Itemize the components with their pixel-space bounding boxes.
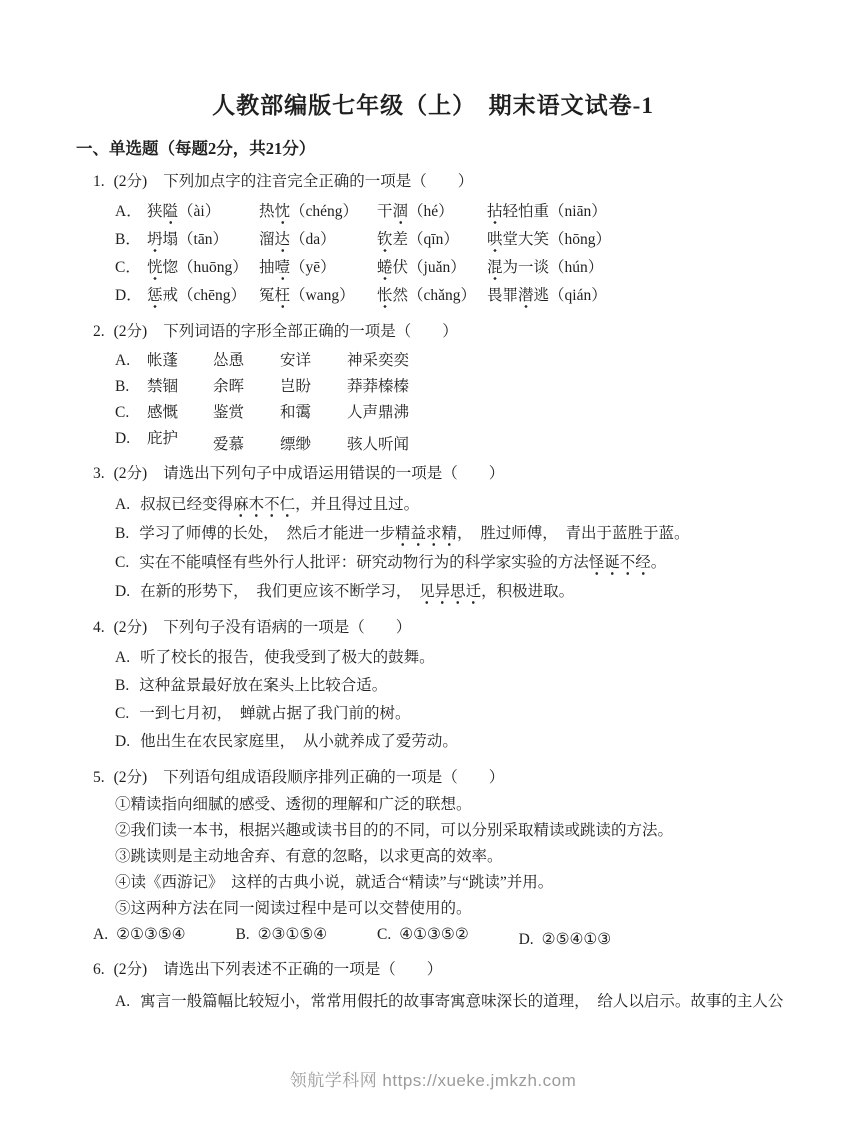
word: 缥缈 — [280, 432, 347, 458]
option-row-b: B. 禁锢 余晖 岂盼 莽莽榛榛 — [115, 374, 866, 400]
text-segment: ， 胜过师傅， 青出于蓝胜于蓝。 — [457, 525, 690, 542]
option-label: B. — [115, 374, 147, 400]
option-label: A. — [115, 496, 130, 513]
question-1-options: A． 狭隘（ài） 热忱（chéng） 干涸（hé） 拈轻怕重（niān） B．… — [115, 198, 866, 310]
text-segment: （hé） — [408, 203, 454, 220]
option-label: A. — [115, 649, 130, 666]
option-label: C. — [115, 705, 129, 722]
word: 禁锢 — [147, 374, 213, 400]
answer-sequence: ②⑤④①③ — [542, 931, 611, 948]
text-segment: 畏罪 — [487, 287, 518, 304]
text-segment: 戒（chēng） — [163, 287, 247, 304]
option-row-d: D.他出生在农民家庭里， 从小就养成了爱劳动。 — [115, 728, 866, 756]
dotted-text: 坍 — [147, 231, 163, 252]
option-row-c: C． 恍惚（huōng） 抽噎（yē） 蜷伏（juǎn） 混为一谈（hún） — [115, 254, 866, 282]
text-segment: 寓言一般篇幅比较短小，常常用假托的故事寄寓意味深长的道理， 给人以启示。故事的主… — [140, 993, 783, 1010]
dotted-text: 怅 — [377, 287, 393, 308]
dotted-text: 噎 — [275, 259, 291, 280]
question-stem-text: 请选出下列句子中成语运用错误的一项是（ ） — [163, 465, 504, 482]
word: 溜达（da） — [259, 226, 377, 254]
numbered-sentence: ④读《西游记》 这样的古典小说，就适合“精读”与“跳读”并用。 — [115, 870, 866, 896]
text-segment: 然（chǎng） — [393, 287, 477, 304]
option-row-a: A． 狭隘（ài） 热忱（chéng） 干涸（hé） 拈轻怕重（niān） — [115, 198, 866, 226]
answer-choice-d: D.②⑤④①③ — [519, 927, 612, 953]
word: 鉴赏 — [213, 400, 280, 426]
question-6: 6.(2分)请选出下列表述不正确的一项是（ ） A.寓言一般篇幅比较短小，常常用… — [0, 958, 866, 1016]
word: 蜷伏（juǎn） — [377, 254, 487, 282]
question-points: (2分) — [114, 465, 148, 482]
text-segment: 在新的形势下， 我们更应该不断学习， — [140, 583, 419, 600]
question-2-stem: 2.(2分)下列词语的字形全部正确的一项是（ ） — [93, 320, 866, 344]
word: 干涸（hé） — [377, 198, 487, 226]
text-segment: 抽 — [259, 259, 275, 276]
option-label: D． — [115, 282, 147, 310]
word: 神采奕奕 — [347, 348, 866, 374]
question-stem-text: 下列词语的字形全部正确的一项是（ ） — [163, 323, 458, 340]
text-segment: 他出生在农民家庭里， 从小就养成了爱劳动。 — [140, 733, 458, 750]
word: 抽噎（yē） — [259, 254, 377, 282]
question-4: 4.(2分)下列句子没有语病的一项是（ ） A.听了校长的报告，使我受到了极大的… — [0, 616, 866, 756]
dotted-text: 钦 — [377, 231, 393, 252]
text-segment: 轻怕重（niān） — [503, 203, 607, 220]
text-segment: 伏（juǎn） — [393, 259, 466, 276]
option-row-b: B.这种盆景最好放在案头上比较合适。 — [115, 672, 866, 700]
word: 骇人听闻 — [347, 432, 866, 458]
word: 热忱（chéng） — [259, 198, 377, 226]
word: 哄堂大笑（hōng） — [487, 226, 866, 254]
word: 惩戒（chēng） — [147, 282, 259, 310]
question-points: (2分) — [114, 619, 148, 636]
dotted-text: 潜 — [518, 287, 534, 308]
word: 安详 — [280, 348, 347, 374]
word: 岂盼 — [280, 374, 347, 400]
option-label: A. — [115, 348, 147, 374]
word: 庇护 — [147, 426, 213, 452]
option-label: A． — [115, 198, 147, 226]
numbered-sentence: ③跳读则是主动地舍弃、有意的忽略，以求更高的效率。 — [115, 844, 866, 870]
question-points: (2分) — [114, 173, 148, 190]
word: 混为一谈（hún） — [487, 254, 866, 282]
question-number: 2. — [93, 323, 105, 340]
text-segment: 叔叔已经变得 — [140, 496, 233, 513]
dotted-text: 怪诞不经 — [589, 554, 651, 575]
question-3-options: A.叔叔已经变得麻木不仁，并且得过且过。 B.学习了师傅的长处， 然后才能进一步… — [115, 490, 866, 606]
text-segment: 干 — [377, 203, 393, 220]
text-segment: 堂大笑（hōng） — [503, 231, 612, 248]
option-row-a: A.寓言一般篇幅比较短小，常常用假托的故事寄寓意味深长的道理， 给人以启示。故事… — [115, 988, 866, 1016]
text-segment: 差（qīn） — [393, 231, 459, 248]
answer-sequence: ②①③⑤④ — [116, 926, 185, 943]
text-segment: 一到七月初， 蝉就占据了我门前的树。 — [139, 705, 410, 722]
question-number: 6. — [93, 961, 105, 978]
text-segment: ，积极进取。 — [481, 583, 574, 600]
option-label: C． — [115, 254, 147, 282]
question-points: (2分) — [114, 961, 148, 978]
text-segment: 热 — [259, 203, 275, 220]
dotted-text: 麻木不仁 — [233, 496, 295, 517]
text-segment: 狭 — [147, 203, 163, 220]
question-1-stem: 1.(2分)下列加点字的注音完全正确的一项是（ ） — [93, 170, 866, 194]
option-row-d: D. 庇护 爱慕 缥缈 骇人听闻 — [115, 426, 866, 452]
option-label: B. — [115, 677, 129, 694]
question-4-stem: 4.(2分)下列句子没有语病的一项是（ ） — [93, 616, 866, 640]
option-label: D. — [115, 583, 130, 600]
text-segment: （wang） — [290, 287, 355, 304]
word: 坍塌（tān） — [147, 226, 259, 254]
dotted-text: 见异思迁 — [419, 583, 481, 604]
option-row-a: A.叔叔已经变得麻木不仁，并且得过且过。 — [115, 490, 866, 519]
answer-sequence: ②③①⑤④ — [258, 926, 327, 943]
dotted-text: 忱 — [275, 203, 291, 224]
text-segment: 为一谈（hún） — [503, 259, 604, 276]
dotted-text: 涸 — [393, 203, 409, 224]
dotted-text: 精益求精 — [395, 525, 457, 546]
text-segment: ，并且得过且过。 — [295, 496, 419, 513]
word: 冤枉（wang） — [259, 282, 377, 310]
dotted-text: 达 — [275, 231, 291, 252]
option-label: C. — [115, 554, 129, 571]
watermark-footer: 领航学科网 https://xueke.jmkzh.com — [0, 1066, 866, 1091]
option-row-b: B.学习了师傅的长处， 然后才能进一步精益求精， 胜过师傅， 青出于蓝胜于蓝。 — [115, 519, 866, 548]
question-3-stem: 3.(2分)请选出下列句子中成语运用错误的一项是（ ） — [93, 462, 866, 486]
word: 拈轻怕重（niān） — [487, 198, 866, 226]
answer-choice-c: C.④①③⑤② — [377, 926, 469, 943]
numbered-sentence: ②我们读一本书，根据兴趣或读书目的的不同，可以分别采取精读或跳读的方法。 — [115, 818, 866, 844]
text-segment: 逃（qián） — [534, 287, 607, 304]
question-points: (2分) — [114, 323, 148, 340]
dotted-text: 隘 — [163, 203, 179, 224]
question-stem-text: 下列加点字的注音完全正确的一项是（ ） — [163, 173, 473, 190]
option-label: A. — [115, 993, 130, 1010]
option-row-d: D． 惩戒（chēng） 冤枉（wang） 怅然（chǎng） 畏罪潜逃（qiá… — [115, 282, 866, 310]
dotted-text: 蜷 — [377, 259, 393, 280]
option-row-d: D.在新的形势下， 我们更应该不断学习， 见异思迁，积极进取。 — [115, 577, 866, 606]
word: 帐蓬 — [147, 348, 213, 374]
question-3: 3.(2分)请选出下列句子中成语运用错误的一项是（ ） A.叔叔已经变得麻木不仁… — [0, 462, 866, 606]
option-label: B. — [235, 926, 249, 943]
option-label: C. — [115, 400, 147, 426]
text-segment: （yē） — [290, 259, 336, 276]
text-segment: 实在不能嗔怪有些外行人批评：研究动物行为的科学家实验的方法 — [139, 554, 589, 571]
question-6-stem: 6.(2分)请选出下列表述不正确的一项是（ ） — [93, 958, 866, 982]
text-segment: 溜 — [259, 231, 275, 248]
question-number: 3. — [93, 465, 105, 482]
text-segment: （ài） — [178, 203, 220, 220]
question-5-sentences: ①精读指向细腻的感受、透彻的理解和广泛的联想。 ②我们读一本书，根据兴趣或读书目… — [115, 792, 866, 922]
dotted-text: 混 — [487, 259, 503, 280]
option-label: B． — [115, 226, 147, 254]
word: 感慨 — [147, 400, 213, 426]
option-label: A. — [93, 926, 108, 943]
exam-paper-page: 人教部编版七年级（上） 期末语文试卷-1 一、单选题（每题2分，共21分） 1.… — [0, 0, 866, 1122]
question-2: 2.(2分)下列词语的字形全部正确的一项是（ ） A. 帐蓬 怂恿 安详 神采奕… — [0, 320, 866, 452]
numbered-sentence: ⑤这两种方法在同一阅读过程中是可以交替使用的。 — [115, 896, 866, 922]
dotted-text: 拈 — [487, 203, 503, 224]
text-segment: 塌（tān） — [163, 231, 228, 248]
word: 余晖 — [213, 374, 280, 400]
question-2-options: A. 帐蓬 怂恿 安详 神采奕奕 B. 禁锢 余晖 岂盼 莽莽榛榛 C. 感慨 … — [115, 348, 866, 452]
text-segment: 冤 — [259, 287, 275, 304]
page-title: 人教部编版七年级（上） 期末语文试卷-1 — [0, 90, 866, 122]
option-row-c: C.一到七月初， 蝉就占据了我门前的树。 — [115, 700, 866, 728]
question-1: 1.(2分)下列加点字的注音完全正确的一项是（ ） A． 狭隘（ài） 热忱（c… — [0, 170, 866, 310]
option-label: C. — [377, 926, 391, 943]
text-segment: 这种盆景最好放在案头上比较合适。 — [139, 677, 387, 694]
section-heading: 一、单选题（每题2分，共21分） — [76, 138, 866, 160]
text-segment: （da） — [290, 231, 336, 248]
question-number: 4. — [93, 619, 105, 636]
word: 钦差（qīn） — [377, 226, 487, 254]
question-stem-text: 下列句子没有语病的一项是（ ） — [163, 619, 411, 636]
dotted-text: 惩 — [147, 287, 163, 308]
text-segment: 惚（huōng） — [163, 259, 248, 276]
option-label: B. — [115, 525, 129, 542]
question-stem-text: 下列语句组成语段顺序排列正确的一项是（ ） — [163, 769, 504, 786]
word: 怂恿 — [213, 348, 280, 374]
option-label: D. — [115, 426, 147, 452]
word: 怅然（chǎng） — [377, 282, 487, 310]
question-number: 5. — [93, 769, 105, 786]
dotted-text: 恍 — [147, 259, 163, 280]
option-row-c: C.实在不能嗔怪有些外行人批评：研究动物行为的科学家实验的方法怪诞不经。 — [115, 548, 866, 577]
option-row-b: B． 坍塌（tān） 溜达（da） 钦差（qīn） 哄堂大笑（hōng） — [115, 226, 866, 254]
answer-choice-b: B.②③①⑤④ — [235, 926, 327, 943]
answer-sequence: ④①③⑤② — [399, 926, 468, 943]
option-row-a: A.听了校长的报告，使我受到了极大的鼓舞。 — [115, 644, 866, 672]
question-5: 5.(2分)下列语句组成语段顺序排列正确的一项是（ ） ①精读指向细腻的感受、透… — [0, 766, 866, 948]
question-5-stem: 5.(2分)下列语句组成语段顺序排列正确的一项是（ ） — [93, 766, 866, 790]
text-segment: （chéng） — [290, 203, 358, 220]
word: 人声鼎沸 — [347, 400, 866, 426]
text-segment: 。 — [651, 554, 667, 571]
word: 和霭 — [280, 400, 347, 426]
numbered-sentence: ①精读指向细腻的感受、透彻的理解和广泛的联想。 — [115, 792, 866, 818]
option-row-c: C. 感慨 鉴赏 和霭 人声鼎沸 — [115, 400, 866, 426]
dotted-text: 枉 — [275, 287, 291, 308]
word: 狭隘（ài） — [147, 198, 259, 226]
word: 畏罪潜逃（qián） — [487, 282, 866, 310]
word: 恍惚（huōng） — [147, 254, 259, 282]
option-row-a: A. 帐蓬 怂恿 安详 神采奕奕 — [115, 348, 866, 374]
word: 莽莽榛榛 — [347, 374, 866, 400]
option-label: D. — [519, 931, 534, 948]
question-stem-text: 请选出下列表述不正确的一项是（ ） — [163, 961, 442, 978]
question-number: 1. — [93, 173, 105, 190]
question-4-options: A.听了校长的报告，使我受到了极大的鼓舞。 B.这种盆景最好放在案头上比较合适。… — [115, 644, 866, 756]
answer-choice-a: A.②①③⑤④ — [93, 926, 186, 943]
question-points: (2分) — [114, 769, 148, 786]
word: 爱慕 — [213, 432, 280, 458]
text-segment: 学习了师傅的长处， 然后才能进一步 — [139, 525, 395, 542]
question-5-answer-choices: A.②①③⑤④ B.②③①⑤④ C.④①③⑤② D.②⑤④①③ — [93, 922, 866, 948]
option-label: D. — [115, 733, 130, 750]
dotted-text: 哄 — [487, 231, 503, 252]
text-segment: 听了校长的报告，使我受到了极大的鼓舞。 — [140, 649, 435, 666]
